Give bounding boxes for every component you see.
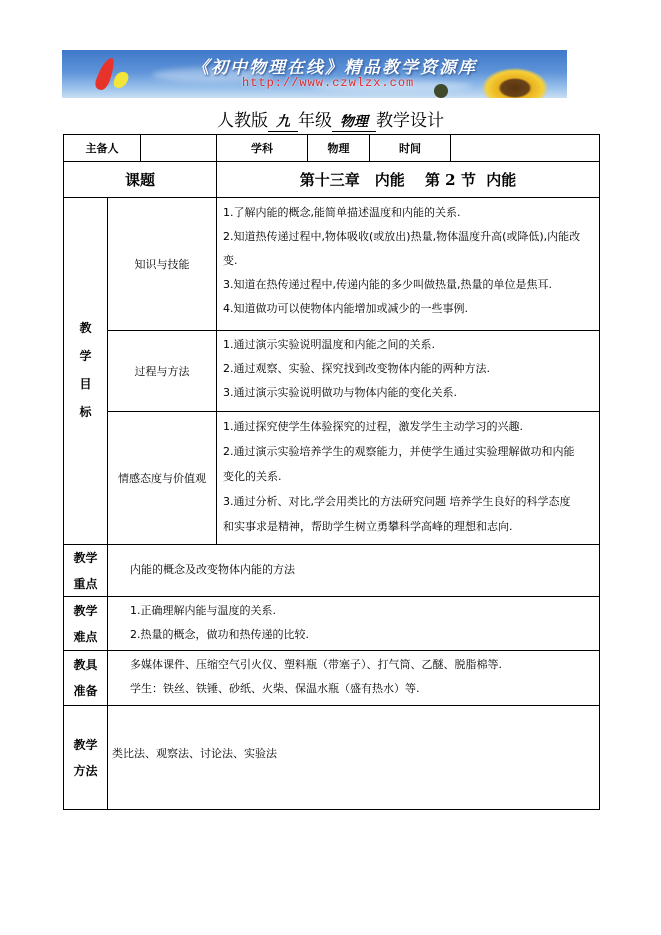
- sunflower-image: [482, 68, 548, 98]
- table-border: [63, 650, 600, 651]
- list-item: 1.通过探究使学生体验探究的过程，激发学生主动学习的兴趣.: [223, 414, 599, 439]
- list-item: 3.通过演示实验说明做功与物体内能的变化关系.: [223, 381, 599, 405]
- list-item: 1.了解内能的概念,能简单描述温度和内能的关系.: [223, 201, 599, 225]
- objectives-label: 教 学 目 标: [64, 314, 107, 426]
- logo-icon-yellow: [110, 72, 131, 88]
- table-border: [63, 596, 600, 597]
- subject-label: 学科: [217, 135, 307, 161]
- title-suffix: 教学设计: [376, 111, 444, 131]
- process-items: 1.通过演示实验说明温度和内能之间的关系. 2.通过观察、实验、探究找到改变物体…: [217, 333, 599, 405]
- key-points-label: 教学 重点: [64, 545, 107, 597]
- list-item: 2.热量的概念，做功和热传递的比较.: [130, 623, 594, 647]
- label-line: 教具: [64, 652, 107, 678]
- label-char: 目: [64, 370, 107, 398]
- preparer-label: 主备人: [64, 135, 140, 161]
- difficulties-items: 1.正确理解内能与温度的关系. 2.热量的概念，做功和热传递的比较.: [124, 599, 594, 647]
- banner-url: http://www.czwlzx.com: [242, 76, 414, 90]
- list-item: 1.通过演示实验说明温度和内能之间的关系.: [223, 333, 599, 357]
- list-item: 2.知道热传递过程中,物体吸收(或放出)热量,物体温度升高(或降低),内能改: [223, 225, 599, 249]
- label-char: 标: [64, 398, 107, 426]
- list-item: 变.: [223, 249, 599, 273]
- time-value[interactable]: [451, 135, 599, 161]
- knowledge-items: 1.了解内能的概念,能简单描述温度和内能的关系. 2.知道热传递过程中,物体吸收…: [217, 201, 599, 321]
- table-border: [63, 705, 600, 706]
- objective-label-attitude: 情感态度与价值观: [108, 412, 216, 544]
- list-item: 内能的概念及改变物体内能的方法: [130, 558, 594, 582]
- attitude-items: 1.通过探究使学生体验探究的过程，激发学生主动学习的兴趣. 2.通过演示实验培养…: [217, 414, 599, 539]
- title-grade-suffix: 年级: [298, 111, 332, 131]
- site-banner: 《初中物理在线》精品教学资源库 http://www.czwlzx.com: [62, 50, 567, 98]
- label-line: 准备: [64, 678, 107, 704]
- key-points-items: 内能的概念及改变物体内能的方法: [124, 558, 594, 582]
- label-char: 学: [64, 342, 107, 370]
- topic-value: 第十三章 内能 第 2 节 内能: [217, 162, 599, 197]
- list-item: 3.通过分析、对比,学会用类比的方法研究问题 培养学生良好的科学态度: [223, 489, 599, 514]
- methods-items: 类比法、观察法、讨论法、实验法: [106, 742, 576, 766]
- difficulties-label: 教学 难点: [64, 598, 107, 650]
- methods-label: 教学 方法: [64, 732, 107, 784]
- subject-value: 物理: [308, 135, 369, 161]
- list-item: 类比法、观察法、讨论法、实验法: [112, 742, 576, 766]
- materials-items: 多媒体课件、压缩空气引火仪、塑料瓶（带塞子）、打气筒、乙醚、脱脂棉等. 学生：铁…: [124, 653, 594, 701]
- label-line: 难点: [64, 624, 107, 650]
- label-line: 教学: [64, 598, 107, 624]
- title-prefix: 人教版: [217, 111, 268, 131]
- list-item: 3.知道在热传递过程中,传递内能的多少叫做热量,热量的单位是焦耳.: [223, 273, 599, 297]
- objective-label-knowledge: 知识与技能: [108, 198, 216, 330]
- label-char: 教: [64, 314, 107, 342]
- label-line: 方法: [64, 758, 107, 784]
- leaf-decoration: [434, 84, 448, 98]
- list-item: 2.通过观察、实验、探究找到改变物体内能的两种方法.: [223, 357, 599, 381]
- subject-field: 物理: [332, 111, 376, 132]
- list-item: 2.通过演示实验培养学生的观察能力，并使学生通过实验理解做功和内能: [223, 439, 599, 464]
- document-title: 人教版九年级物理教学设计: [0, 106, 661, 132]
- table-border: [599, 134, 600, 810]
- list-item: 多媒体课件、压缩空气引火仪、塑料瓶（带塞子）、打气筒、乙醚、脱脂棉等.: [130, 653, 594, 677]
- table-border: [63, 134, 64, 810]
- preparer-value[interactable]: [141, 135, 216, 161]
- banner-title: 《初中物理在线》精品教学资源库: [192, 53, 477, 78]
- materials-label: 教具 准备: [64, 652, 107, 704]
- objective-label-process: 过程与方法: [108, 331, 216, 411]
- list-item: 学生：铁丝、铁锤、砂纸、火柴、保温水瓶（盛有热水）等.: [130, 677, 594, 701]
- list-item: 变化的关系.: [223, 464, 599, 489]
- grade-field: 九: [268, 111, 298, 132]
- label-line: 教学: [64, 732, 107, 758]
- list-item: 1.正确理解内能与温度的关系.: [130, 599, 594, 623]
- list-item: 4.知道做功可以使物体内能增加或减少的一些事例.: [223, 297, 599, 321]
- table-border: [63, 544, 600, 545]
- list-item: 和实事求是精神，帮助学生树立勇攀科学高峰的理想和志向.: [223, 514, 599, 539]
- table-border: [63, 809, 600, 810]
- label-line: 重点: [64, 571, 107, 597]
- label-line: 教学: [64, 545, 107, 571]
- topic-label: 课题: [64, 162, 216, 197]
- time-label: 时间: [370, 135, 450, 161]
